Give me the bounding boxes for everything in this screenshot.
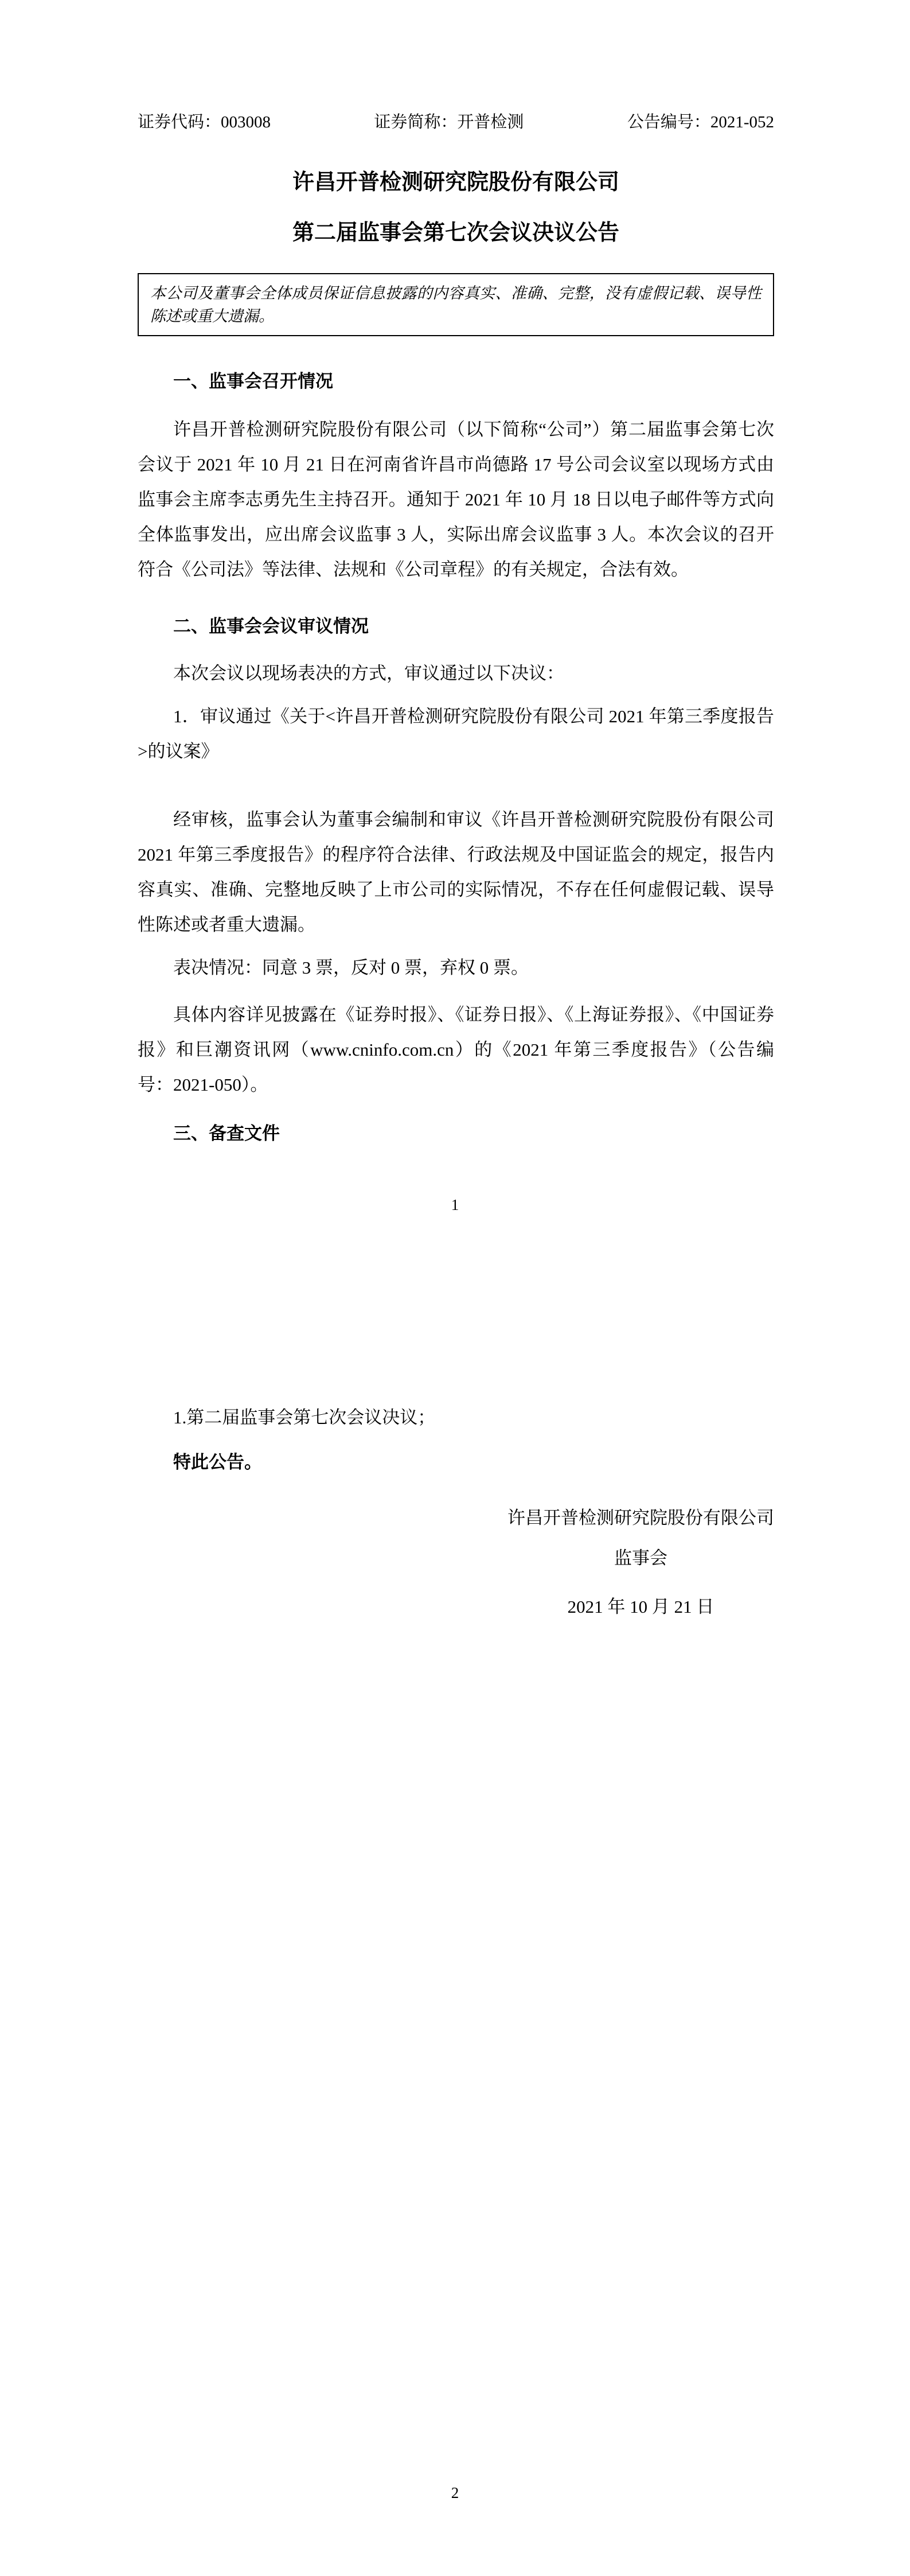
reference-document-item: 1.第二届监事会第七次会议决议； <box>138 1400 774 1435</box>
announcement-number: 公告编号：2021-052 <box>627 112 774 133</box>
signature-block: 许昌开普检测研究院股份有限公司 监事会 2021 年 10 月 21 日 <box>507 1500 774 1624</box>
section2-intro: 本次会议以现场表决的方式，审议通过以下决议： <box>138 656 774 691</box>
signature-company: 许昌开普检测研究院股份有限公司 <box>507 1500 774 1535</box>
stock-abbreviation: 证券简称：开普检测 <box>374 112 524 133</box>
closing-statement: 特此公告。 <box>138 1445 774 1480</box>
section1-heading: 一、监事会召开情况 <box>138 369 774 394</box>
document-page-1: 证券代码：003008 证券简称：开普检测 公告编号：2021-052 许昌开普… <box>0 0 910 1288</box>
disclaimer-box: 本公司及董事会全体成员保证信息披露的内容真实、准确、完整，没有虚假记载、误导性陈… <box>138 273 774 336</box>
signature-date: 2021 年 10 月 21 日 <box>507 1589 774 1624</box>
section2-heading: 二、监事会会议审议情况 <box>138 614 774 639</box>
announcement-title: 第二届监事会第七次会议决议公告 <box>138 220 774 246</box>
section2-vote-result: 表决情况：同意 3 票，反对 0 票，弃权 0 票。 <box>138 950 774 985</box>
disclaimer-text: 本公司及董事会全体成员保证信息披露的内容真实、准确、完整，没有虚假记载、误导性陈… <box>150 282 761 328</box>
section2-review-opinion: 经审核，监事会认为董事会编制和审议《许昌开普检测研究院股份有限公司 2021 年… <box>138 802 774 942</box>
section2-resolution-item: 1．审议通过《关于<许昌开普检测研究院股份有限公司 2021 年第三季度报告>的… <box>138 699 774 769</box>
section1-paragraph: 许昌开普检测研究院股份有限公司（以下简称“公司”）第二届监事会第七次会议于 20… <box>138 412 774 587</box>
signature-board: 监事会 <box>507 1540 774 1575</box>
document-page-2: 1.第二届监事会第七次会议决议； 特此公告。 许昌开普检测研究院股份有限公司 监… <box>0 1288 910 2576</box>
section3-heading: 三、备查文件 <box>138 1122 774 1146</box>
company-name-title: 许昌开普检测研究院股份有限公司 <box>138 169 774 196</box>
page-number-2: 2 <box>0 2484 910 2502</box>
stock-code: 证券代码：003008 <box>138 112 271 133</box>
section2-disclosure-note: 具体内容详见披露在《证券时报》、《证券日报》、《上海证券报》、《中国证券报》和巨… <box>138 997 774 1102</box>
page-number-1: 1 <box>0 1196 910 1214</box>
document-header: 证券代码：003008 证券简称：开普检测 公告编号：2021-052 <box>138 112 774 133</box>
